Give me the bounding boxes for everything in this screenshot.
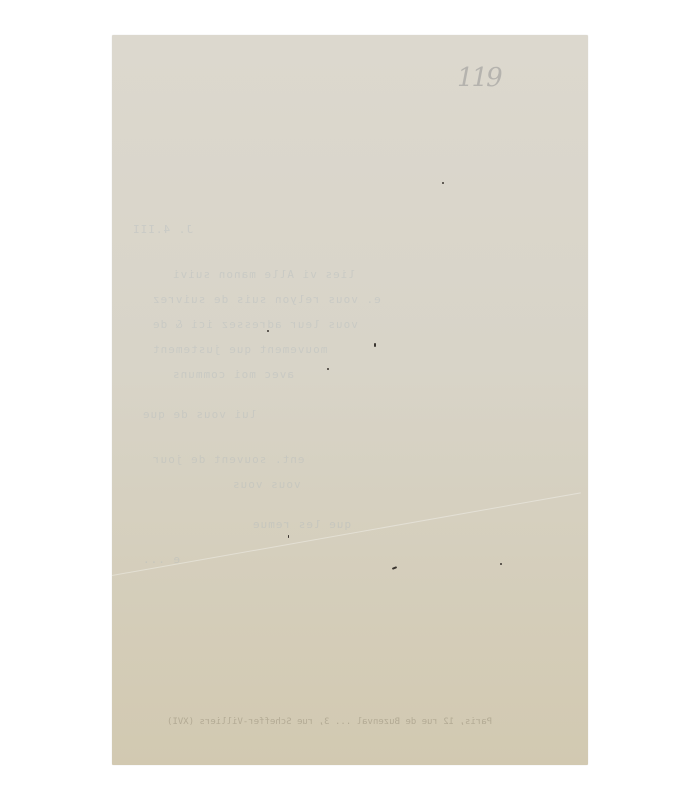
bleed-line: mouvement que justement [152,343,327,356]
bleed-line: e. vous relyon suis de suivrez [152,293,381,306]
bleed-line: vous leur adressez ici & de [152,318,358,331]
bleed-line: vous vous [232,478,301,491]
paper-speck [288,535,289,538]
bleed-through-text: J. 4.III lies vi Alle manon suivi e. vou… [112,35,588,765]
bleed-line: que les remue [252,518,351,531]
bleed-line: lies vi Alle manon suivi [172,268,355,281]
footer-bleed-through: Paris, 12 rue de Buzenval ... 3, rue Sch… [167,717,492,727]
bleed-line: lui vous de que [142,408,256,421]
paper-speck [442,182,444,184]
bleed-line: avec moi communs [172,368,294,381]
paper-speck [327,368,329,370]
document-page: 119 J. 4.III lies vi Alle manon suivi e.… [112,35,588,765]
paper-speck [267,330,269,332]
paper-speck [500,563,502,565]
paper-speck [374,343,376,347]
bleed-line: J. 4.III [132,223,193,236]
bleed-line: ent. souvent de jour [152,453,304,466]
